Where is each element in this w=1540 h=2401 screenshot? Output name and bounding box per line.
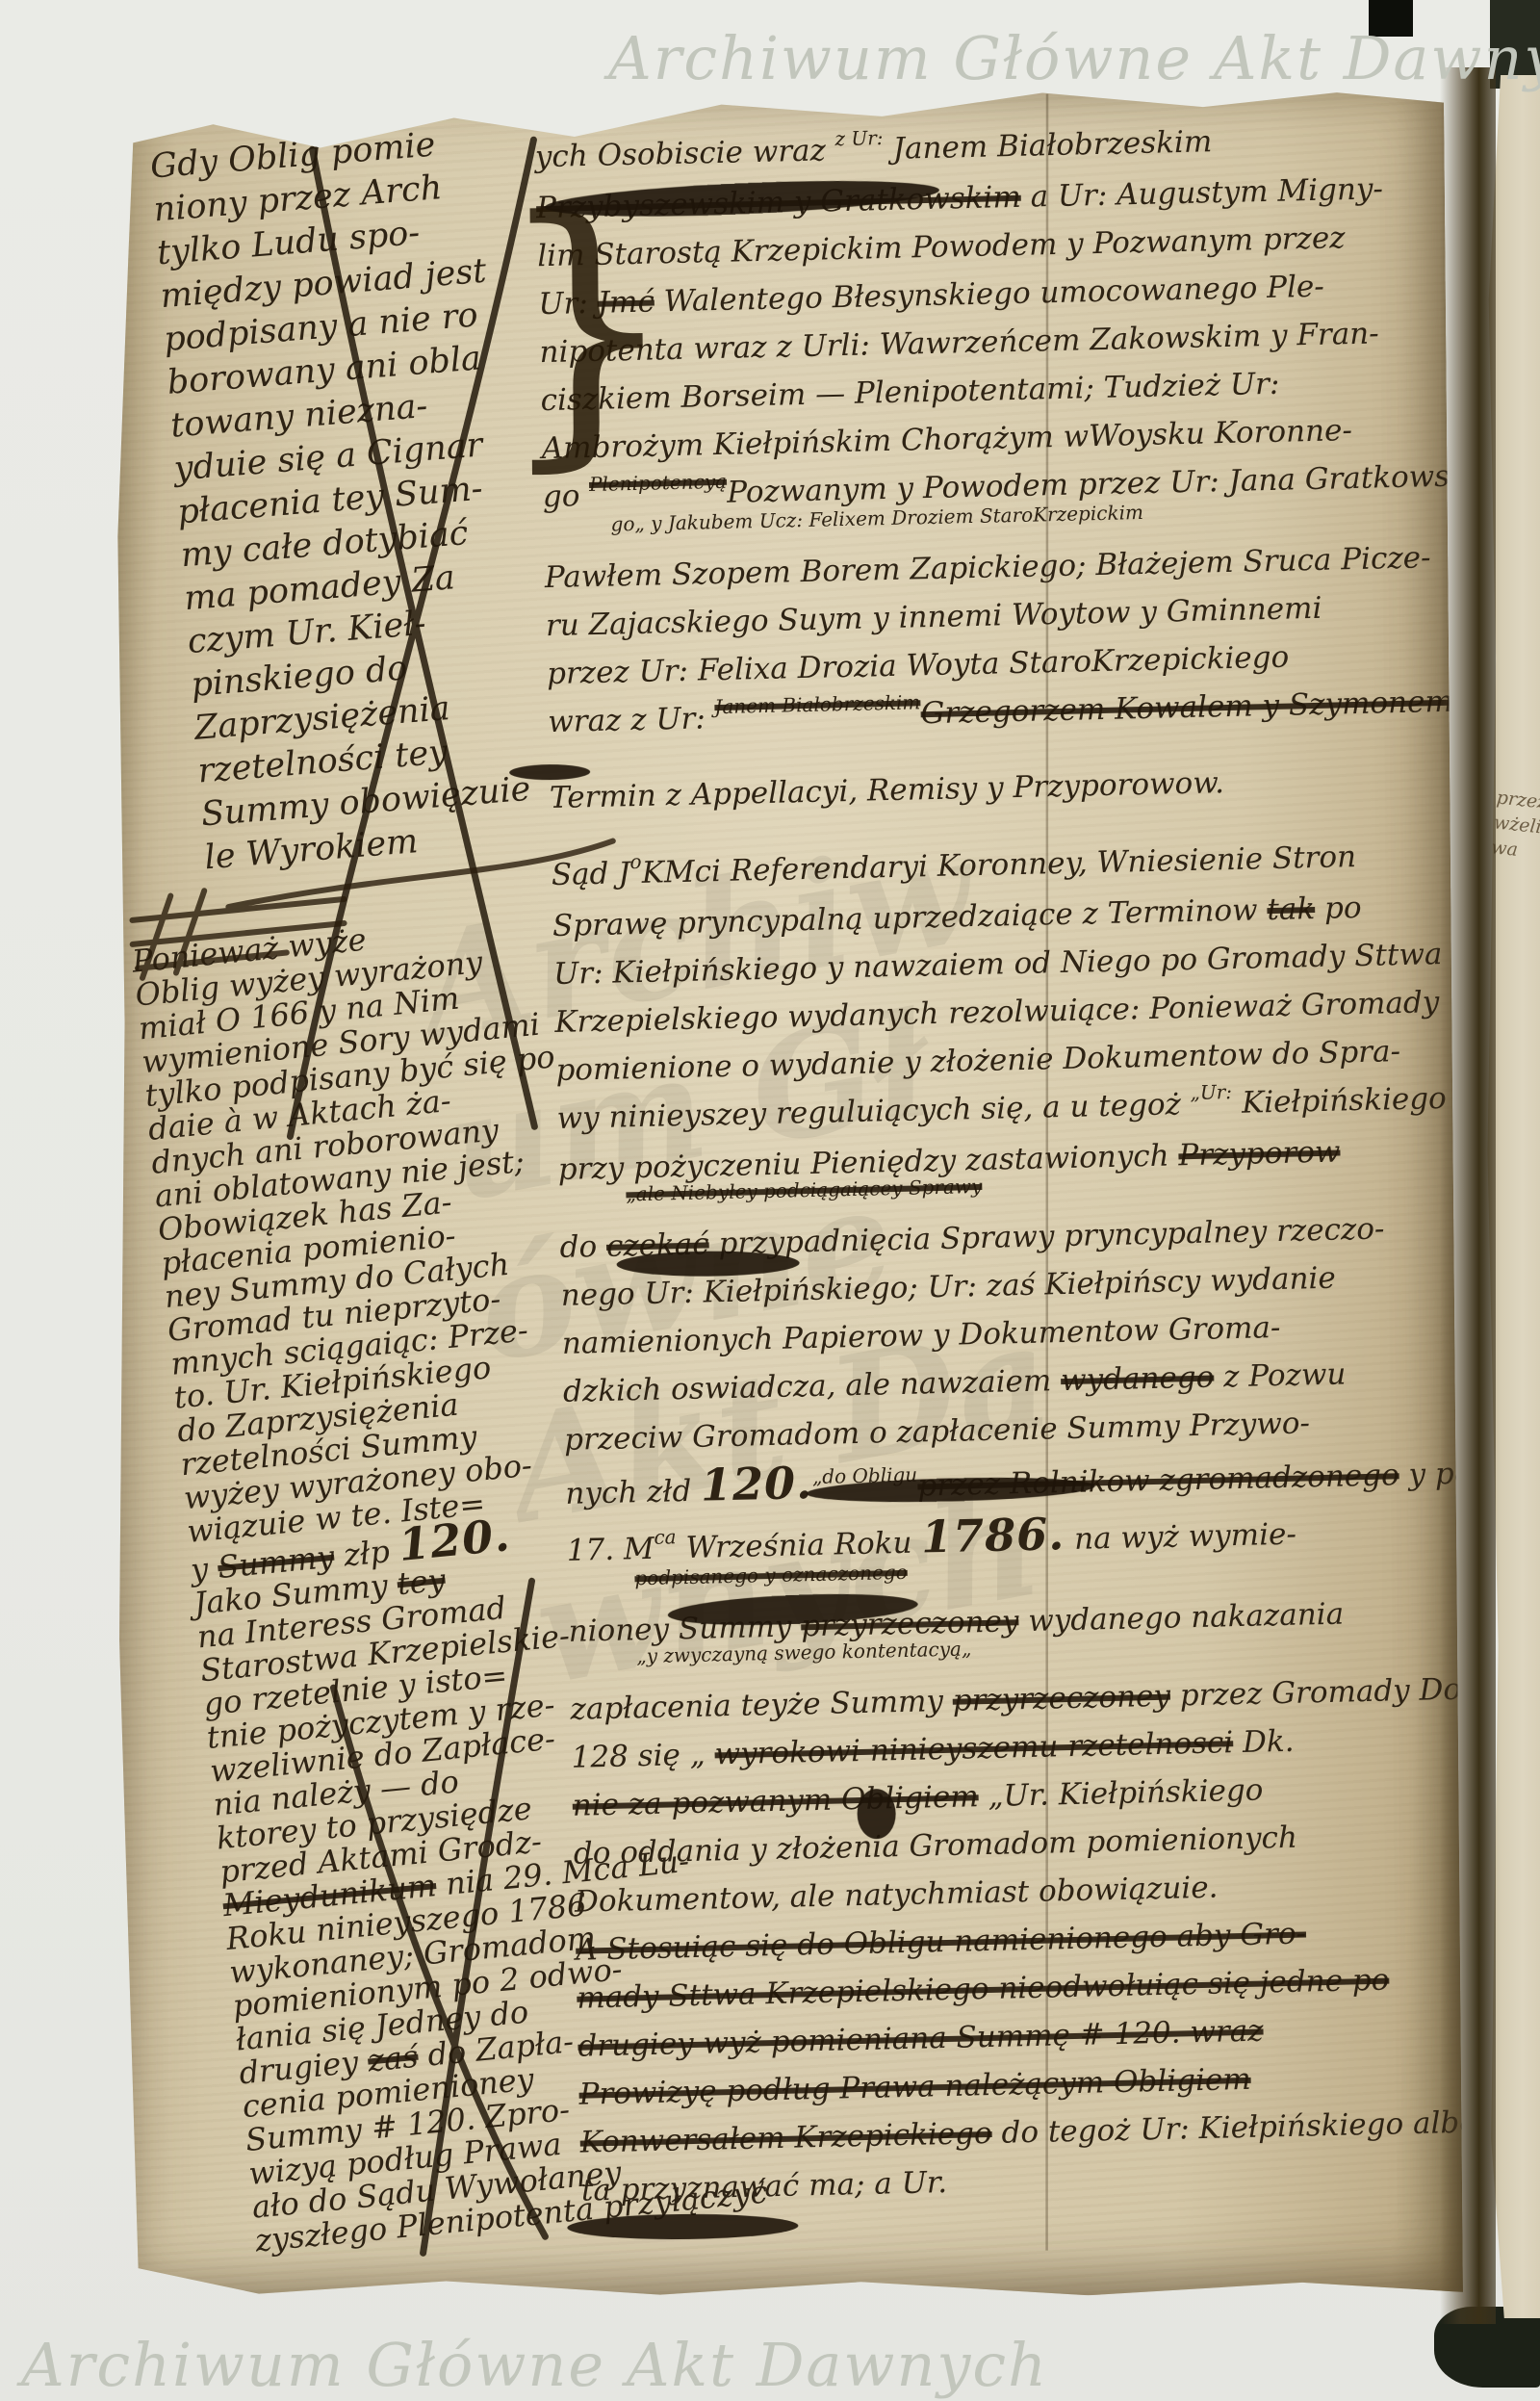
archive-scan: { "watermarks": { "top": "Archiwum Główn… xyxy=(0,0,1540,2401)
handwritten-text: po xyxy=(1315,891,1362,926)
handwritten-text: ych Osobiscie wraz xyxy=(535,133,836,174)
handwritten-text: Dokumentow, ale natychmiast obowiązuie. xyxy=(575,1871,1219,1920)
next-page-text-fragments: przezwżeliwa xyxy=(1490,785,1540,865)
archive-watermark-bottom: Archiwum Główne Akt Dawnych xyxy=(21,2330,1048,2400)
struck-text: Przybyszewskim y Gratkowskim xyxy=(536,180,1021,225)
handwritten-text: dzkich oswiadcza, ale nawzaiem xyxy=(563,1363,1062,1409)
handwritten-text: 17. M xyxy=(566,1532,654,1568)
handwritten-text: Sąd J xyxy=(551,856,630,892)
handwritten-text: „Ur: xyxy=(1190,1068,1233,1117)
handwritten-text: z Ur: xyxy=(834,114,884,163)
handwritten-text: ca xyxy=(654,1512,677,1562)
struck-text: Prowizyę podług Prawa należącym Obligiem xyxy=(578,2062,1251,2112)
main-text-line: Termin z Appellacyi, Remisy y Przyporowo… xyxy=(549,754,1445,822)
handwritten-text: z Pozwu xyxy=(1214,1356,1347,1394)
struck-text: Przyporow xyxy=(1178,1135,1341,1174)
struck-text: Grzegorzem Kowalem y Szymonem xyxy=(920,684,1453,732)
handwritten-text: 1786. xyxy=(921,1508,1065,1562)
struck-text: Konwersałem Krzepickiego xyxy=(579,2116,992,2160)
handwritten-text: Dk. xyxy=(1233,1724,1295,1760)
struck-text: tak xyxy=(1267,891,1316,927)
struck-text: Janem Białobrzeskim xyxy=(714,678,921,731)
struck-text: Plenipotencyą xyxy=(588,457,727,508)
handwritten-text: na wyż wymie- xyxy=(1065,1517,1296,1557)
handwritten-text: wy ninieyszey reguluiących się, a u tego… xyxy=(556,1087,1191,1136)
edge-fragment-text: wa xyxy=(1490,835,1540,865)
handwritten-text: Walentego Błesynskiego umocowanego Ple- xyxy=(654,270,1324,320)
struck-text: wydanego xyxy=(1061,1360,1215,1399)
handwritten-text: Kiełpińskiego xyxy=(1232,1081,1447,1121)
handwritten-text: Termin z Appellacyi, Remisy y Przyporowo… xyxy=(550,765,1225,815)
struck-text: przyrzeczoney xyxy=(952,1679,1170,1718)
struck-text: nie za pozwanym Obligiem xyxy=(572,1779,979,1823)
struck-text: wyrokowi ninieyszemu rzetelnosci xyxy=(714,1725,1233,1771)
struck-text: podpisanego y oznaczonego xyxy=(634,1559,908,1591)
struck-text: Jmć xyxy=(597,284,654,320)
handwritten-text: nych złd xyxy=(565,1474,702,1511)
handwritten-text: go xyxy=(543,478,590,514)
handwritten-text: „do Obligu xyxy=(811,1451,917,1501)
binding-gutter xyxy=(1440,67,1496,2324)
handwritten-text: Janem Białobrzeskim xyxy=(883,124,1212,167)
handwritten-text: ta przyznawać ma; a Ur. xyxy=(580,2165,947,2208)
handwritten-text: KMci Referendaryi Koronney, Wniesienie S… xyxy=(641,839,1356,891)
handwritten-text: wraz z Ur: xyxy=(548,701,715,739)
handwritten-text: zapłacenia teyże Summy xyxy=(570,1684,953,1727)
handwritten-text: do xyxy=(559,1229,606,1265)
handwritten-text: „Ur. Kiełpińskiego xyxy=(978,1772,1264,1814)
handwritten-text: wydanego nakazania xyxy=(1018,1597,1345,1639)
struck-text: drugiey wyż pomieniana Summę # 120. wraz xyxy=(577,2014,1264,2064)
archive-watermark-top: Archiwum Główne Akt Dawnych xyxy=(608,23,1540,93)
handwritten-text: 128 się „ xyxy=(571,1737,715,1774)
handwritten-text: a Ur: Augustym Migny- xyxy=(1020,171,1383,215)
struck-text: przez Rolnikow zgromadzonego xyxy=(917,1458,1399,1503)
manuscript-page: Archiwum Główne Akt Dawnych Gdy Oblig po… xyxy=(106,83,1463,2304)
handwritten-text: 120. xyxy=(700,1457,812,1511)
handwritten-text: 120. xyxy=(397,1509,513,1571)
main-text-column: ych Osobiscie wraz z Ur: Janem Białobrze… xyxy=(534,113,1476,2215)
handwritten-text: Ur: xyxy=(538,286,598,322)
handwritten-text: o xyxy=(629,838,642,886)
handwritten-text: przypadnięcia Sprawy pryncypalney rzeczo… xyxy=(708,1211,1385,1261)
struck-text: czekać xyxy=(606,1226,709,1263)
